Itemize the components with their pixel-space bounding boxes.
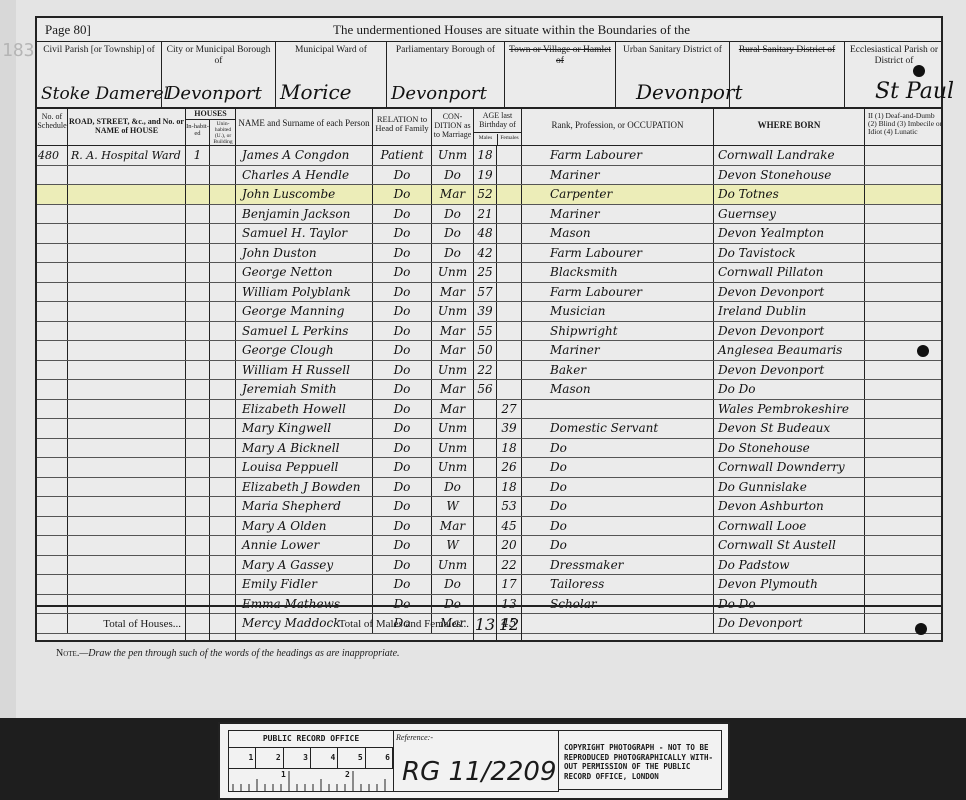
- parliamentary-borough-value: Devonport: [391, 83, 487, 104]
- cell-female: [497, 361, 522, 380]
- cell-road: [68, 497, 186, 516]
- total-inhabited: [186, 607, 210, 642]
- cell-condition: Do: [432, 575, 474, 594]
- cell-schedule: [37, 166, 68, 185]
- cell-male: 57: [474, 283, 497, 302]
- cell-schedule: [37, 439, 68, 458]
- cell-born: Do Totnes: [714, 185, 865, 204]
- cell-male: 48: [474, 224, 497, 243]
- cell-condition: Do: [432, 244, 474, 263]
- totals-row: Total of Houses... Total of Males and Fe…: [37, 605, 941, 642]
- cell-inhabited: [186, 263, 210, 282]
- cell-schedule: [37, 283, 68, 302]
- cell-inhabited: [186, 478, 210, 497]
- cell-female: 17: [497, 575, 522, 594]
- civil-parish-value: Stoke Damerel: [41, 84, 169, 104]
- cell-male: 42: [474, 244, 497, 263]
- cell-name: Maria Shepherd: [236, 497, 373, 516]
- cell-name: William H Russell: [236, 361, 373, 380]
- cell-born: Cornwall Pillaton: [714, 263, 865, 282]
- cell-road: [68, 166, 186, 185]
- cell-relation: Do: [373, 556, 432, 575]
- col-inhabited: In-habit-ed: [186, 120, 210, 145]
- col-males: Males: [474, 134, 498, 145]
- cell-born: Devon Devonport: [714, 361, 865, 380]
- cell-condition: Mar: [432, 517, 474, 536]
- cell-born: Devon St Budeaux: [714, 419, 865, 438]
- cell-occupation: Carpenter: [522, 185, 714, 204]
- cell-name: Jeremiah Smith: [236, 380, 373, 399]
- cell-female: 18: [497, 439, 522, 458]
- cell-road: [68, 205, 186, 224]
- cell-occupation: [522, 400, 714, 419]
- cell-condition: Do: [432, 478, 474, 497]
- cell-name: Mary A Gassey: [236, 556, 373, 575]
- cell-inhabited: 1: [186, 146, 210, 165]
- cell-relation: Do: [373, 400, 432, 419]
- cell-male: [474, 575, 497, 594]
- form-note: Note.—Draw the pen through such of the w…: [56, 648, 400, 659]
- cell-occupation: Farm Labourer: [522, 283, 714, 302]
- cell-inhabited: [186, 517, 210, 536]
- cell-male: 25: [474, 263, 497, 282]
- page-label: Page 80]: [45, 22, 91, 38]
- cell-uninhabited: [210, 536, 236, 555]
- cell-schedule: [37, 536, 68, 555]
- cell-uninhabited: [210, 166, 236, 185]
- punch-hole: [917, 345, 929, 357]
- cell-occupation: Farm Labourer: [522, 146, 714, 165]
- cell-born: Cornwall Looe: [714, 517, 865, 536]
- table-row: Emily FidlerDoDo17TailoressDevon Plymout…: [37, 575, 941, 595]
- cell-inhabited: [186, 322, 210, 341]
- cell-occupation: Do: [522, 458, 714, 477]
- cell-uninhabited: [210, 146, 236, 165]
- cell-infirmity: [865, 419, 943, 438]
- cell-schedule: [37, 575, 68, 594]
- cell-female: 22: [497, 556, 522, 575]
- cell-born: Do Padstow: [714, 556, 865, 575]
- col-name: NAME and Surname of each Person: [236, 109, 373, 145]
- col-relation: RELATION to Head of Family: [373, 109, 432, 145]
- cell-road: [68, 419, 186, 438]
- col-road: ROAD, STREET, &c., and No. or NAME of HO…: [68, 109, 186, 145]
- cell-name: George Manning: [236, 302, 373, 321]
- cell-uninhabited: [210, 224, 236, 243]
- cell-male: 52: [474, 185, 497, 204]
- parliamentary-borough-heading: Parliamentary Borough of: [387, 42, 504, 56]
- town-village-heading: Town or Village or Hamlet of: [505, 42, 615, 67]
- table-row: Benjamin JacksonDoDo21MarinerGuernsey: [37, 205, 941, 225]
- cell-born: Devon Devonport: [714, 322, 865, 341]
- cell-relation: Do: [373, 341, 432, 360]
- cell-inhabited: [186, 536, 210, 555]
- cell-female: [497, 302, 522, 321]
- cell-female: 27: [497, 400, 522, 419]
- cell-born: Devon Ashburton: [714, 497, 865, 516]
- cell-road: [68, 322, 186, 341]
- cell-inhabited: [186, 497, 210, 516]
- col-houses-title: HOUSES: [186, 109, 235, 120]
- cell-inhabited: [186, 361, 210, 380]
- cell-male: 56: [474, 380, 497, 399]
- table-row: Louisa PeppuellDoUnm26DoCornwall Downder…: [37, 458, 941, 478]
- cell-relation: Do: [373, 244, 432, 263]
- cell-condition: Unm: [432, 263, 474, 282]
- cell-schedule: [37, 400, 68, 419]
- note-prefix: Note.: [56, 648, 79, 659]
- cell-condition: W: [432, 497, 474, 516]
- scale-number: 3: [284, 748, 311, 768]
- cell-condition: Unm: [432, 419, 474, 438]
- cell-uninhabited: [210, 556, 236, 575]
- cell-road: R. A. Hospital Ward: [68, 146, 186, 165]
- cell-inhabited: [186, 244, 210, 263]
- cell-inhabited: [186, 439, 210, 458]
- municipal-ward-cell: Municipal Ward of Morice: [276, 42, 387, 107]
- punch-hole: [913, 65, 925, 77]
- cell-occupation: Dressmaker: [522, 556, 714, 575]
- cell-condition: Mar: [432, 322, 474, 341]
- cell-road: [68, 361, 186, 380]
- cell-male: [474, 517, 497, 536]
- table-row: Mary KingwellDoUnm39Domestic ServantDevo…: [37, 419, 941, 439]
- cell-schedule: [37, 224, 68, 243]
- cell-infirmity: [865, 341, 943, 360]
- cell-born: Guernsey: [714, 205, 865, 224]
- cell-occupation: Mariner: [522, 341, 714, 360]
- cell-born: Do Tavistock: [714, 244, 865, 263]
- cell-infirmity: [865, 575, 943, 594]
- cell-female: [497, 341, 522, 360]
- cell-occupation: Do: [522, 439, 714, 458]
- cell-uninhabited: [210, 185, 236, 204]
- cell-occupation: Mariner: [522, 166, 714, 185]
- col-age: AGE last Birthday of Males Females: [474, 109, 522, 145]
- cell-born: Devon Yealmpton: [714, 224, 865, 243]
- cell-name: Samuel H. Taylor: [236, 224, 373, 243]
- cell-infirmity: [865, 263, 943, 282]
- cell-infirmity: [865, 439, 943, 458]
- cell-infirmity: [865, 302, 943, 321]
- rural-sanitary-heading: Rural Sanitary District of: [730, 42, 844, 56]
- cell-schedule: [37, 302, 68, 321]
- cell-uninhabited: [210, 341, 236, 360]
- cell-infirmity: [865, 283, 943, 302]
- cell-inhabited: [186, 205, 210, 224]
- cell-name: Annie Lower: [236, 536, 373, 555]
- cell-uninhabited: [210, 380, 236, 399]
- cell-male: [474, 478, 497, 497]
- cell-inhabited: [186, 341, 210, 360]
- cell-relation: Do: [373, 283, 432, 302]
- cell-condition: Unm: [432, 146, 474, 165]
- cell-relation: Do: [373, 458, 432, 477]
- cell-male: [474, 556, 497, 575]
- cell-occupation: Baker: [522, 361, 714, 380]
- cell-name: John Duston: [236, 244, 373, 263]
- cell-male: 18: [474, 146, 497, 165]
- cell-born: Devon Plymouth: [714, 575, 865, 594]
- cell-uninhabited: [210, 575, 236, 594]
- reference-label: Reference:-: [396, 733, 433, 742]
- cell-occupation: Mariner: [522, 205, 714, 224]
- column-headers: No. of Schedule ROAD, STREET, &c., and N…: [37, 109, 941, 146]
- parliamentary-borough-cell: Parliamentary Borough of Devonport: [387, 42, 505, 107]
- scale-number: 4: [311, 748, 338, 768]
- cell-relation: Do: [373, 185, 432, 204]
- total-males: 13: [474, 607, 497, 642]
- public-record-office-scale: PUBLIC RECORD OFFICE 1 2 3 4 5 6 1 2: [228, 730, 394, 792]
- table-row: Charles A HendleDoDo19MarinerDevon Stone…: [37, 166, 941, 186]
- cell-road: [68, 224, 186, 243]
- table-row: George ManningDoUnm39MusicianIreland Dub…: [37, 302, 941, 322]
- cell-male: 21: [474, 205, 497, 224]
- cell-schedule: [37, 263, 68, 282]
- cell-relation: Do: [373, 439, 432, 458]
- cell-schedule: [37, 205, 68, 224]
- cell-relation: Do: [373, 575, 432, 594]
- table-row: Maria ShepherdDoW53DoDevon Ashburton: [37, 497, 941, 517]
- col-schedule: No. of Schedule: [37, 109, 68, 145]
- cell-female: 53: [497, 497, 522, 516]
- cell-road: [68, 380, 186, 399]
- cell-born: Ireland Dublin: [714, 302, 865, 321]
- cell-schedule: 480: [37, 146, 68, 165]
- cell-road: [68, 556, 186, 575]
- cell-born: Anglesea Beaumaris: [714, 341, 865, 360]
- cell-male: [474, 497, 497, 516]
- reference-value: RG 11/2209: [402, 757, 557, 787]
- cell-schedule: [37, 517, 68, 536]
- cell-female: [497, 380, 522, 399]
- cell-infirmity: [865, 380, 943, 399]
- cell-uninhabited: [210, 400, 236, 419]
- cell-relation: Do: [373, 380, 432, 399]
- cell-schedule: [37, 497, 68, 516]
- cell-infirmity: [865, 146, 943, 165]
- table-row: Samuel L PerkinsDoMar55ShipwrightDevon D…: [37, 322, 941, 342]
- cell-female: [497, 166, 522, 185]
- cell-relation: Do: [373, 517, 432, 536]
- table-row: Mary A GasseyDoUnm22DressmakerDo Padstow: [37, 556, 941, 576]
- cell-condition: Unm: [432, 302, 474, 321]
- cell-infirmity: [865, 497, 943, 516]
- boundary-title: The undermentioned Houses are situate wi…: [333, 22, 690, 38]
- cell-condition: Do: [432, 205, 474, 224]
- ruler-mark: 1: [281, 770, 286, 779]
- col-where-born: WHERE BORN: [714, 109, 865, 145]
- municipal-ward-value: Morice: [280, 80, 352, 104]
- cell-schedule: [37, 380, 68, 399]
- municipal-borough-cell: City or Municipal Borough of Devonport: [162, 42, 276, 107]
- cell-male: 19: [474, 166, 497, 185]
- note-text: —Draw the pen through such of the words …: [79, 648, 399, 659]
- cell-relation: Do: [373, 224, 432, 243]
- table-row: George CloughDoMar50MarinerAnglesea Beau…: [37, 341, 941, 361]
- urban-sanitary-cell: Urban Sanitary District of Devonport: [616, 42, 730, 107]
- record-office-label: PUBLIC RECORD OFFICE 1 2 3 4 5 6 1 2: [218, 722, 730, 800]
- urban-sanitary-value: Devonport: [636, 80, 743, 104]
- cell-occupation: Shipwright: [522, 322, 714, 341]
- cell-female: [497, 205, 522, 224]
- urban-sanitary-heading: Urban Sanitary District of: [616, 42, 729, 56]
- cell-road: [68, 185, 186, 204]
- total-females: 12: [497, 607, 522, 642]
- cell-relation: Patient: [373, 146, 432, 165]
- cell-male: 50: [474, 341, 497, 360]
- table-row: Samuel H. TaylorDoDo48MasonDevon Yealmpt…: [37, 224, 941, 244]
- cell-name: Samuel L Perkins: [236, 322, 373, 341]
- cell-name: Mary A Bicknell: [236, 439, 373, 458]
- cell-road: [68, 517, 186, 536]
- cell-schedule: [37, 556, 68, 575]
- cell-born: Cornwall Landrake: [714, 146, 865, 165]
- municipal-borough-heading: City or Municipal Borough of: [162, 42, 275, 67]
- cell-uninhabited: [210, 322, 236, 341]
- cell-female: 18: [497, 478, 522, 497]
- cell-relation: Do: [373, 322, 432, 341]
- cell-female: [497, 263, 522, 282]
- cell-inhabited: [186, 556, 210, 575]
- cell-uninhabited: [210, 361, 236, 380]
- cell-name: Benjamin Jackson: [236, 205, 373, 224]
- cell-condition: Mar: [432, 380, 474, 399]
- cell-uninhabited: [210, 517, 236, 536]
- scale-number: 5: [338, 748, 365, 768]
- cell-condition: Mar: [432, 283, 474, 302]
- cell-male: [474, 536, 497, 555]
- cell-uninhabited: [210, 497, 236, 516]
- cell-female: [497, 146, 522, 165]
- cell-infirmity: [865, 556, 943, 575]
- cell-uninhabited: [210, 302, 236, 321]
- municipal-borough-value: Devonport: [166, 83, 262, 104]
- cell-born: Do Stonehouse: [714, 439, 865, 458]
- cell-schedule: [37, 419, 68, 438]
- cell-road: [68, 302, 186, 321]
- cell-road: [68, 478, 186, 497]
- cell-condition: Mar: [432, 341, 474, 360]
- cell-born: Devon Devonport: [714, 283, 865, 302]
- cell-uninhabited: [210, 458, 236, 477]
- cell-condition: Unm: [432, 556, 474, 575]
- cell-occupation: Do: [522, 517, 714, 536]
- form-header: Page 80] The undermentioned Houses are s…: [37, 18, 941, 42]
- ecclesiastical-parish-heading: Ecclesiastical Parish or District of: [845, 42, 943, 67]
- cell-name: Mary A Olden: [236, 517, 373, 536]
- cell-infirmity: [865, 185, 943, 204]
- cell-schedule: [37, 341, 68, 360]
- census-rows: 480R. A. Hospital Ward1James A CongdonPa…: [37, 146, 941, 634]
- cell-condition: Unm: [432, 361, 474, 380]
- ecclesiastical-parish-cell: Ecclesiastical Parish or District of St …: [845, 42, 943, 107]
- col-houses: HOUSES In-habit-ed Unin-habited (U.), or…: [186, 109, 236, 145]
- cell-born: Do Gunnislake: [714, 478, 865, 497]
- cell-infirmity: [865, 400, 943, 419]
- cell-schedule: [37, 322, 68, 341]
- cell-road: [68, 244, 186, 263]
- cell-name: John Luscombe: [236, 185, 373, 204]
- cell-name: Elizabeth J Bowden: [236, 478, 373, 497]
- cell-inhabited: [186, 302, 210, 321]
- cell-female: 39: [497, 419, 522, 438]
- cell-occupation: Mason: [522, 224, 714, 243]
- cell-female: [497, 283, 522, 302]
- cell-road: [68, 536, 186, 555]
- cell-road: [68, 341, 186, 360]
- rural-sanitary-cell: Rural Sanitary District of: [730, 42, 845, 107]
- census-sheet: 183 Page 80] The undermentioned Houses a…: [0, 0, 966, 718]
- cell-infirmity: [865, 322, 943, 341]
- cell-infirmity: [865, 517, 943, 536]
- cell-relation: Do: [373, 497, 432, 516]
- table-row: Elizabeth J BowdenDoDo18DoDo Gunnislake: [37, 478, 941, 498]
- col-condition: CON-DITION as to Marriage: [432, 109, 474, 145]
- cell-uninhabited: [210, 283, 236, 302]
- cell-relation: Do: [373, 478, 432, 497]
- margin-stamp: 183: [2, 40, 35, 61]
- cell-male: [474, 400, 497, 419]
- cell-road: [68, 458, 186, 477]
- cell-inhabited: [186, 458, 210, 477]
- ruler: 1 2: [229, 769, 393, 791]
- cell-name: George Clough: [236, 341, 373, 360]
- cell-male: [474, 458, 497, 477]
- cell-schedule: [37, 361, 68, 380]
- scale-numbers: 1 2 3 4 5 6: [229, 748, 393, 769]
- cell-inhabited: [186, 419, 210, 438]
- cell-condition: W: [432, 536, 474, 555]
- scale-number: 1: [229, 748, 256, 768]
- cell-female: 26: [497, 458, 522, 477]
- cell-schedule: [37, 185, 68, 204]
- cell-female: [497, 185, 522, 204]
- cell-infirmity: [865, 166, 943, 185]
- scale-number: 2: [256, 748, 283, 768]
- cell-relation: Do: [373, 166, 432, 185]
- cell-relation: Do: [373, 302, 432, 321]
- table-row: John DustonDoDo42Farm LabourerDo Tavisto…: [37, 244, 941, 264]
- table-row-highlighted: John LuscombeDoMar52CarpenterDo Totnes: [37, 185, 941, 205]
- table-row: William PolyblankDoMar57Farm LabourerDev…: [37, 283, 941, 303]
- cell-inhabited: [186, 400, 210, 419]
- total-persons-label: Total of Males and Females...: [236, 607, 474, 642]
- cell-female: 20: [497, 536, 522, 555]
- cell-condition: Do: [432, 166, 474, 185]
- cell-female: [497, 244, 522, 263]
- cell-born: Cornwall St Austell: [714, 536, 865, 555]
- punch-hole: [915, 623, 927, 635]
- town-village-cell: Town or Village or Hamlet of: [505, 42, 616, 107]
- cell-occupation: Do: [522, 497, 714, 516]
- cell-name: Charles A Hendle: [236, 166, 373, 185]
- cell-road: [68, 400, 186, 419]
- cell-relation: Do: [373, 205, 432, 224]
- cell-inhabited: [186, 575, 210, 594]
- cell-occupation: Mason: [522, 380, 714, 399]
- census-form: Page 80] The undermentioned Houses are s…: [35, 16, 943, 642]
- cell-road: [68, 283, 186, 302]
- cell-male: [474, 439, 497, 458]
- cell-name: George Netton: [236, 263, 373, 282]
- office-title: PUBLIC RECORD OFFICE: [229, 731, 393, 748]
- cell-schedule: [37, 244, 68, 263]
- cell-infirmity: [865, 224, 943, 243]
- sheet-edge: [0, 0, 16, 718]
- cell-infirmity: [865, 536, 943, 555]
- cell-born: Devon Stonehouse: [714, 166, 865, 185]
